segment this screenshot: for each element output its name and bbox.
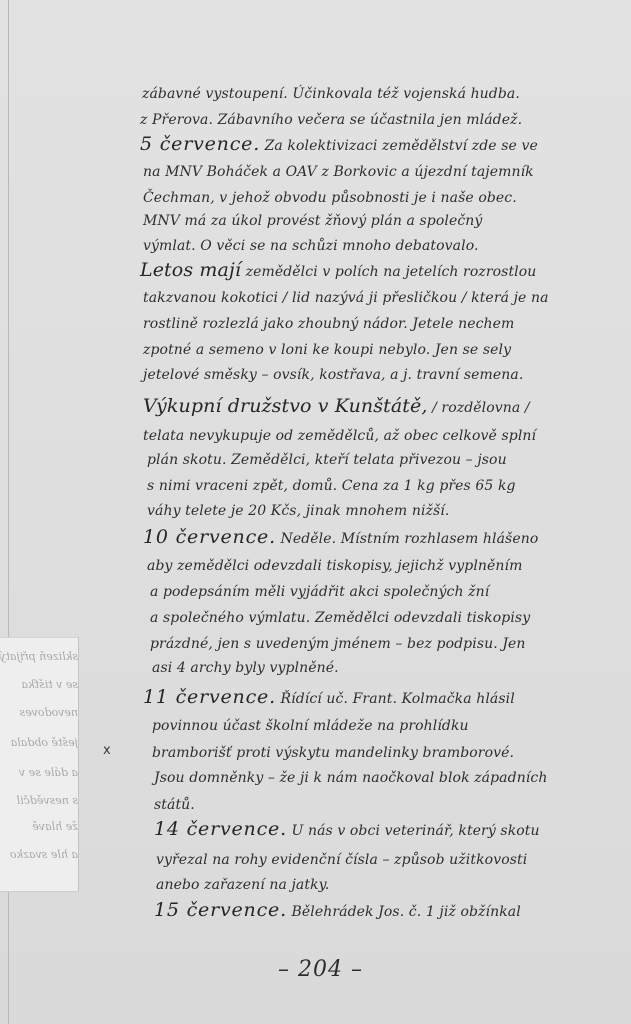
text-line: plán skotu. Zemědělci, kteří telata přiv… — [147, 452, 507, 468]
text-line: s nimi vraceni zpět, domů. Cena za 1 kg … — [147, 478, 516, 494]
text-line: bramborišť proti výskytu mandelinky bram… — [152, 745, 514, 761]
text-line: a společného výmlatu. Zemědělci odevzdal… — [150, 610, 530, 626]
paragraph-vykupni-druzstvo: Výkupní družstvo v Kunštátě, / rozdělovn… — [143, 395, 530, 417]
text-line: jetelové směsky – ovsík, kostřava, a j. … — [143, 367, 523, 383]
entry-date: 11 července. — [143, 686, 276, 708]
handwritten-text-block: zábavné vystoupení. Účinkovala též vojen… — [0, 0, 631, 1024]
entry-15-july: 15 července. Bělehrádek Jos. č. 1 již ob… — [154, 899, 521, 921]
text-line: a podepsáním měli vyjádřit akci společný… — [150, 584, 489, 600]
text-line: z Přerova. Zábavního večera se účastnila… — [140, 112, 522, 128]
entry-date: 5 července. — [140, 133, 260, 155]
text-line: Čechman, v jehož obvodu působnosti je i … — [143, 190, 517, 206]
text-line: MNV má za úkol provést žňový plán a spol… — [143, 213, 482, 229]
entry-date: 14 července. — [154, 818, 287, 840]
text-line: anebo zařazení na jatky. — [156, 877, 329, 893]
text-line: povinnou účast školní mládeže na prohlíd… — [152, 718, 469, 734]
text-line: na MNV Boháček a OAV z Borkovic a újezdn… — [143, 164, 534, 180]
text-line: vyřezal na rohy evidenční čísla – způsob… — [156, 852, 527, 868]
text-line: rostlině rozlezlá jako zhoubný nádor. Je… — [143, 316, 514, 332]
text-line: výmlat. O věci se na schůzi mnoho debato… — [143, 238, 479, 254]
entry-11-july: 11 července. Řídící uč. Frant. Kolmačka … — [143, 686, 515, 708]
text-line: asi 4 archy byly vyplněné. — [152, 660, 339, 676]
page-number: – 204 – — [278, 957, 363, 982]
text-line: států. — [154, 797, 195, 813]
text-line: zpotné a semeno v loni ke koupi nebylo. … — [143, 342, 511, 358]
entry-10-july: 10 července. Neděle. Místním rozhlasem h… — [143, 526, 538, 548]
entry-date: 10 července. — [143, 526, 276, 548]
entry-14-july: 14 července. U nás v obci veterinář, kte… — [154, 818, 540, 840]
manuscript-page: sklizeň přijatý se v tišťka nevodoves je… — [0, 0, 631, 1024]
text-line: Jsou domněnky – že ji k nám naočkoval bl… — [154, 770, 547, 786]
paragraph-letos: Letos mají zemědělci v polích na jetelíc… — [140, 259, 536, 281]
text-line: zábavné vystoupení. Účinkovala též vojen… — [142, 86, 520, 102]
text-line: váhy telete je 20 Kčs, jinak mnohem nižš… — [147, 503, 449, 519]
entry-5-july: 5 července. Za kolektivizaci zemědělství… — [140, 133, 538, 155]
entry-date: 15 července. — [154, 899, 287, 921]
text-line: takzvanou kokotici / lid nazývá ji přesl… — [143, 290, 549, 306]
text-line: prázdné, jen s uvedeným jménem – bez pod… — [150, 636, 526, 652]
text-line: telata nevykupuje od zemědělců, až obec … — [143, 428, 536, 444]
text-line: aby zemědělci odevzdali tiskopisy, jejic… — [147, 558, 523, 574]
